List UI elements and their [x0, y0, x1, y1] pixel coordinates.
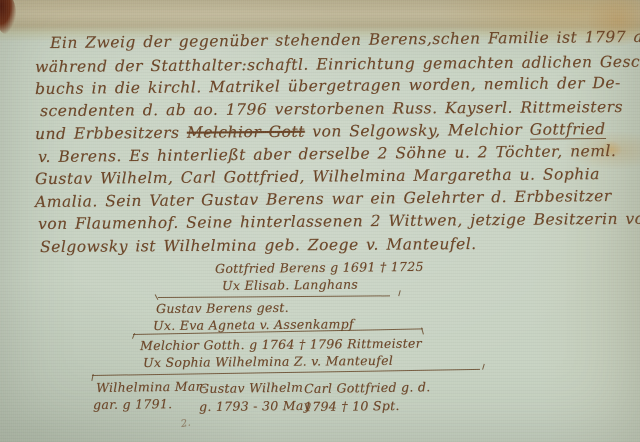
child-2-name: Gustav Wilhelm	[199, 380, 303, 396]
ink-blot-corner	[0, 0, 16, 34]
paragraph-line-4: scendenten d. ab ao. 1796 verstorbenen R…	[40, 98, 623, 120]
genealogy-gen1-spouse: Ux Elisab. Langhans	[222, 277, 358, 293]
paragraph-line-6: v. Berens. Es hinterließt aber derselbe …	[38, 142, 616, 166]
child-3-name: Carl Gottfried g. d.	[304, 379, 431, 396]
paragraph-line-1: Ein Zweig der gegenüber stehenden Berens…	[50, 27, 640, 52]
paragraph-line-7: Gustav Wilhelm, Carl Gottfried, Wilhelmi…	[35, 165, 600, 188]
genealogy-gen3-spouse: Ux Sophia Wilhelmina Z. v. Manteufel	[143, 353, 393, 370]
child-1-dates: gar. g 1791.	[93, 396, 173, 412]
child-2-dates: g. 1793 - 30 May	[199, 398, 311, 414]
paragraph-line-10: Selgowsky ist Wilhelmina geb. Zoege v. M…	[40, 235, 477, 256]
underlined-name: Gottfried	[530, 120, 606, 140]
tree-connector-gen1-gen2	[158, 295, 390, 298]
paragraph-line-2: während der Statthalter:schaftl. Einrich…	[35, 52, 640, 76]
paragraph-line-8: Amalia. Sein Vater Gustav Berens war ein…	[35, 187, 612, 211]
paragraph-line-9: von Flaumenhof. Seine hinterlassenen 2 W…	[38, 210, 640, 233]
line5-pre: und Erbbesitzers	[35, 124, 187, 143]
genealogy-gen1-name: Gottfried Berens g 1691 † 1725	[215, 259, 424, 276]
paragraph-line-5: und Erbbesitzers Melchior Gott von Selgo…	[35, 120, 606, 143]
child-3-dates: 1794 † 10 Spt.	[304, 398, 400, 414]
strikethrough-text: Melchior Gott	[187, 123, 305, 142]
line5-mid: von Selgowsky, Melchior	[305, 121, 530, 141]
stray-mark: 2.	[180, 417, 191, 429]
child-1-name: Wilhelmina Mar-	[96, 378, 207, 395]
genealogy-gen3-name: Melchior Gotth. g 1764 † 1796 Rittmeiste…	[140, 336, 422, 353]
tree-connector-children	[92, 369, 480, 376]
manuscript-page: Ein Zweig der gegenüber stehenden Berens…	[0, 0, 640, 442]
genealogy-gen2-name: Gustav Berens gest.	[156, 300, 289, 316]
paragraph-line-3: buchs in die kirchl. Matrikel übergetrag…	[35, 74, 621, 98]
